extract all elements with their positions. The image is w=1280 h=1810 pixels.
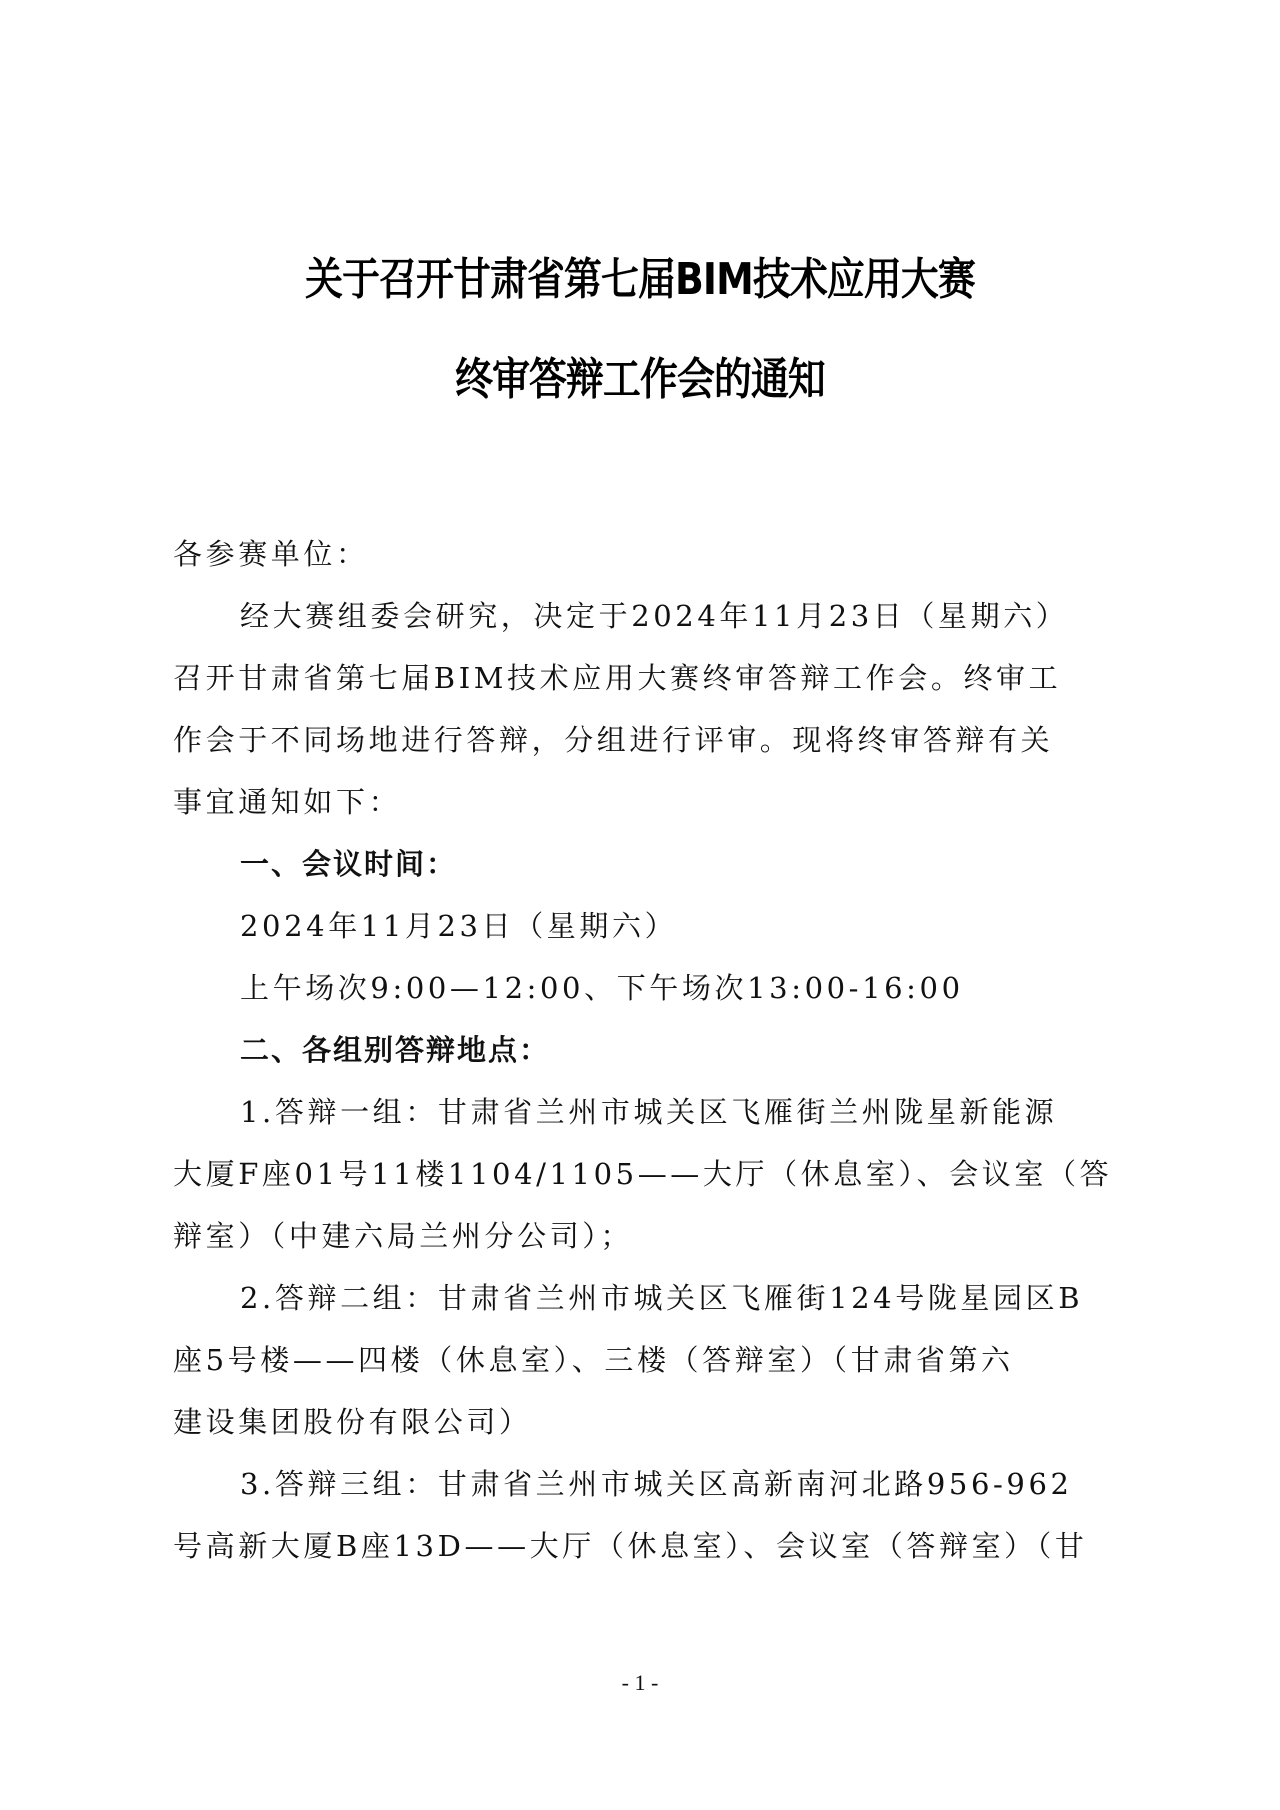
group-1-line: 1.答辩一组：甘肃省兰州市城关区飞雁街兰州陇星新能源 (240, 1098, 1113, 1127)
group-2-line: 座5号楼——四楼（休息室）、三楼（答辩室）（甘肃省第六 (173, 1346, 1113, 1375)
section-heading-meeting-time: 一、会议时间： (240, 850, 1113, 879)
meeting-date: 2024年11月23日（星期六） (240, 912, 1113, 941)
intro-line: 经大赛组委会研究，决定于2024年11月23日（星期六） (240, 602, 1113, 631)
document-title-line-1: 关于召开甘肃省第七届BIM技术应用大赛 (90, 258, 1191, 302)
document-title-line-2: 终审答辩工作会的通知 (90, 358, 1191, 402)
group-2-line: 2.答辩二组：甘肃省兰州市城关区飞雁街124号陇星园区B (240, 1284, 1113, 1313)
group-3-line: 号高新大厦B座13D——大厅（休息室）、会议室（答辩室）（甘 (173, 1532, 1113, 1561)
intro-line: 事宜通知如下： (173, 788, 1113, 817)
document-page: 关于召开甘肃省第七届BIM技术应用大赛 终审答辩工作会的通知 各参赛单位： 经大… (0, 0, 1280, 1810)
group-1-line: 辩室）（中建六局兰州分公司）； (173, 1222, 1113, 1251)
section-heading-locations: 二、各组别答辩地点： (240, 1036, 1113, 1065)
group-1-line: 大厦F座01号11楼1104/1105——大厅（休息室）、会议室（答 (173, 1160, 1113, 1189)
intro-line: 召开甘肃省第七届BIM技术应用大赛终审答辩工作会。终审工 (173, 664, 1113, 693)
group-3-line: 3.答辩三组：甘肃省兰州市城关区高新南河北路956-962 (240, 1470, 1113, 1499)
page-number: - 1 - (0, 1670, 1280, 1696)
group-2-line: 建设集团股份有限公司） (173, 1408, 1113, 1437)
salutation: 各参赛单位： (173, 540, 1113, 569)
intro-line: 作会于不同场地进行答辩，分组进行评审。现将终审答辩有关 (173, 726, 1113, 755)
meeting-sessions: 上午场次9:00—12:00、下午场次13:00-16:00 (240, 974, 1113, 1003)
